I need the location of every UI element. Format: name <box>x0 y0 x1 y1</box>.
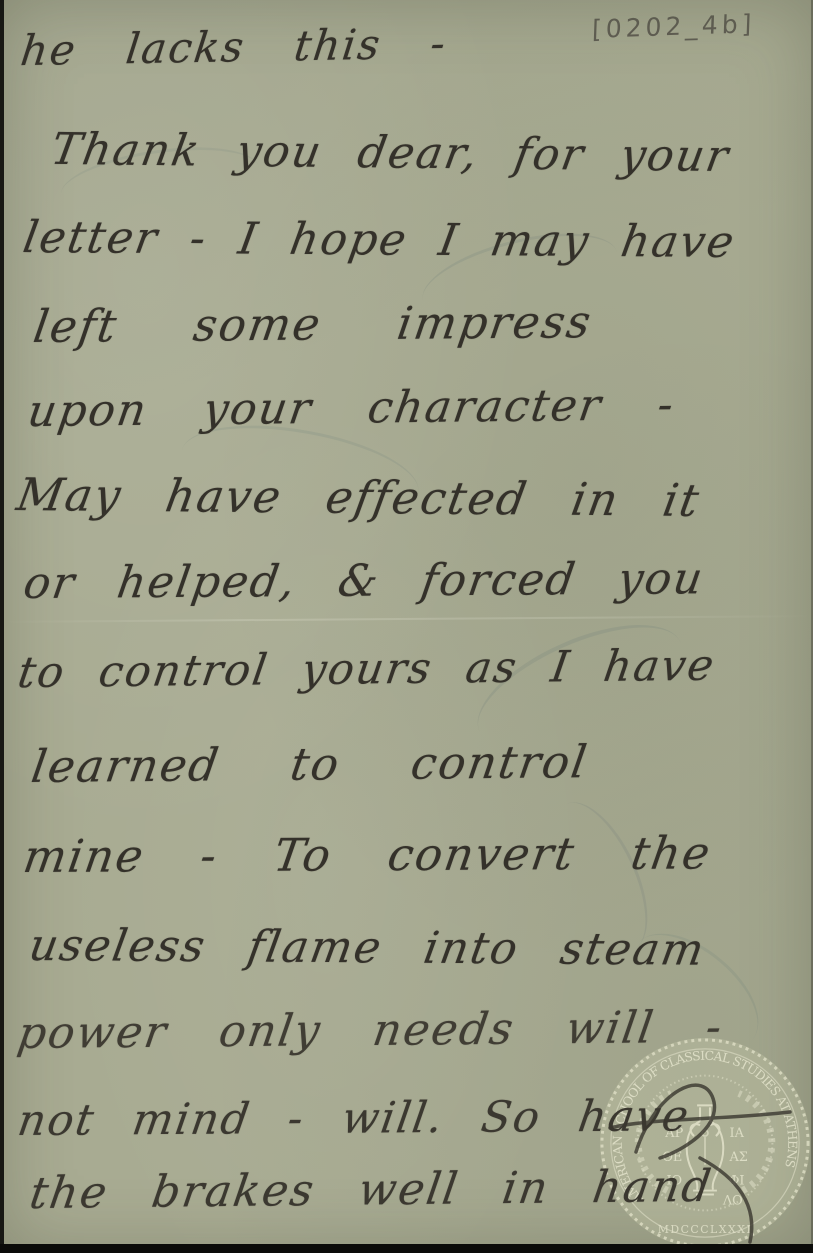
handwriting-line: he lacks this - <box>18 19 450 76</box>
paper-crease <box>0 615 813 623</box>
seal-greek-letters: ΦΙ <box>729 1174 745 1189</box>
embossed-seal: AMERICAN SCHOOL OF CLASSICAL STUDIES AT … <box>596 1034 813 1252</box>
handwriting-line: useless flame into steam <box>26 920 710 976</box>
handwriting-line: letter - I hope I may have <box>20 212 740 268</box>
scan-edge-left <box>0 0 4 1253</box>
handwriting-line: learned to control <box>28 735 592 793</box>
handwriting-line: to control yours as I have <box>15 641 719 698</box>
letter-page: [0202_4b] AMERICAN SCHOOL OF CLASSICAL S… <box>0 0 813 1253</box>
handwriting-line: or helped, & forced you <box>20 553 708 609</box>
handwriting-line: mine - To convert the <box>20 826 715 883</box>
seal-greek-letters: ΙΑ <box>730 1126 745 1141</box>
handwriting-line: Thank you dear, for your <box>47 124 733 182</box>
handwriting-line: not mind - will. So have <box>14 1091 693 1146</box>
handwriting-line: upon your character - <box>24 379 678 437</box>
seal-greek-letters: ΑΣ <box>728 1150 747 1165</box>
seal-year: MDCCCLXXXI <box>658 1223 753 1236</box>
seal-greek-letters: ΛΟ <box>722 1193 743 1208</box>
handwriting-line: power only needs will - <box>14 1002 727 1059</box>
handwriting-line: left some impress <box>30 295 596 353</box>
archival-note: [0202_4b] <box>592 9 756 44</box>
scan-edge-bottom <box>0 1244 813 1253</box>
handwriting-line: the brakes well in hand <box>26 1161 716 1219</box>
handwriting-line: May have effected in it <box>13 468 704 527</box>
